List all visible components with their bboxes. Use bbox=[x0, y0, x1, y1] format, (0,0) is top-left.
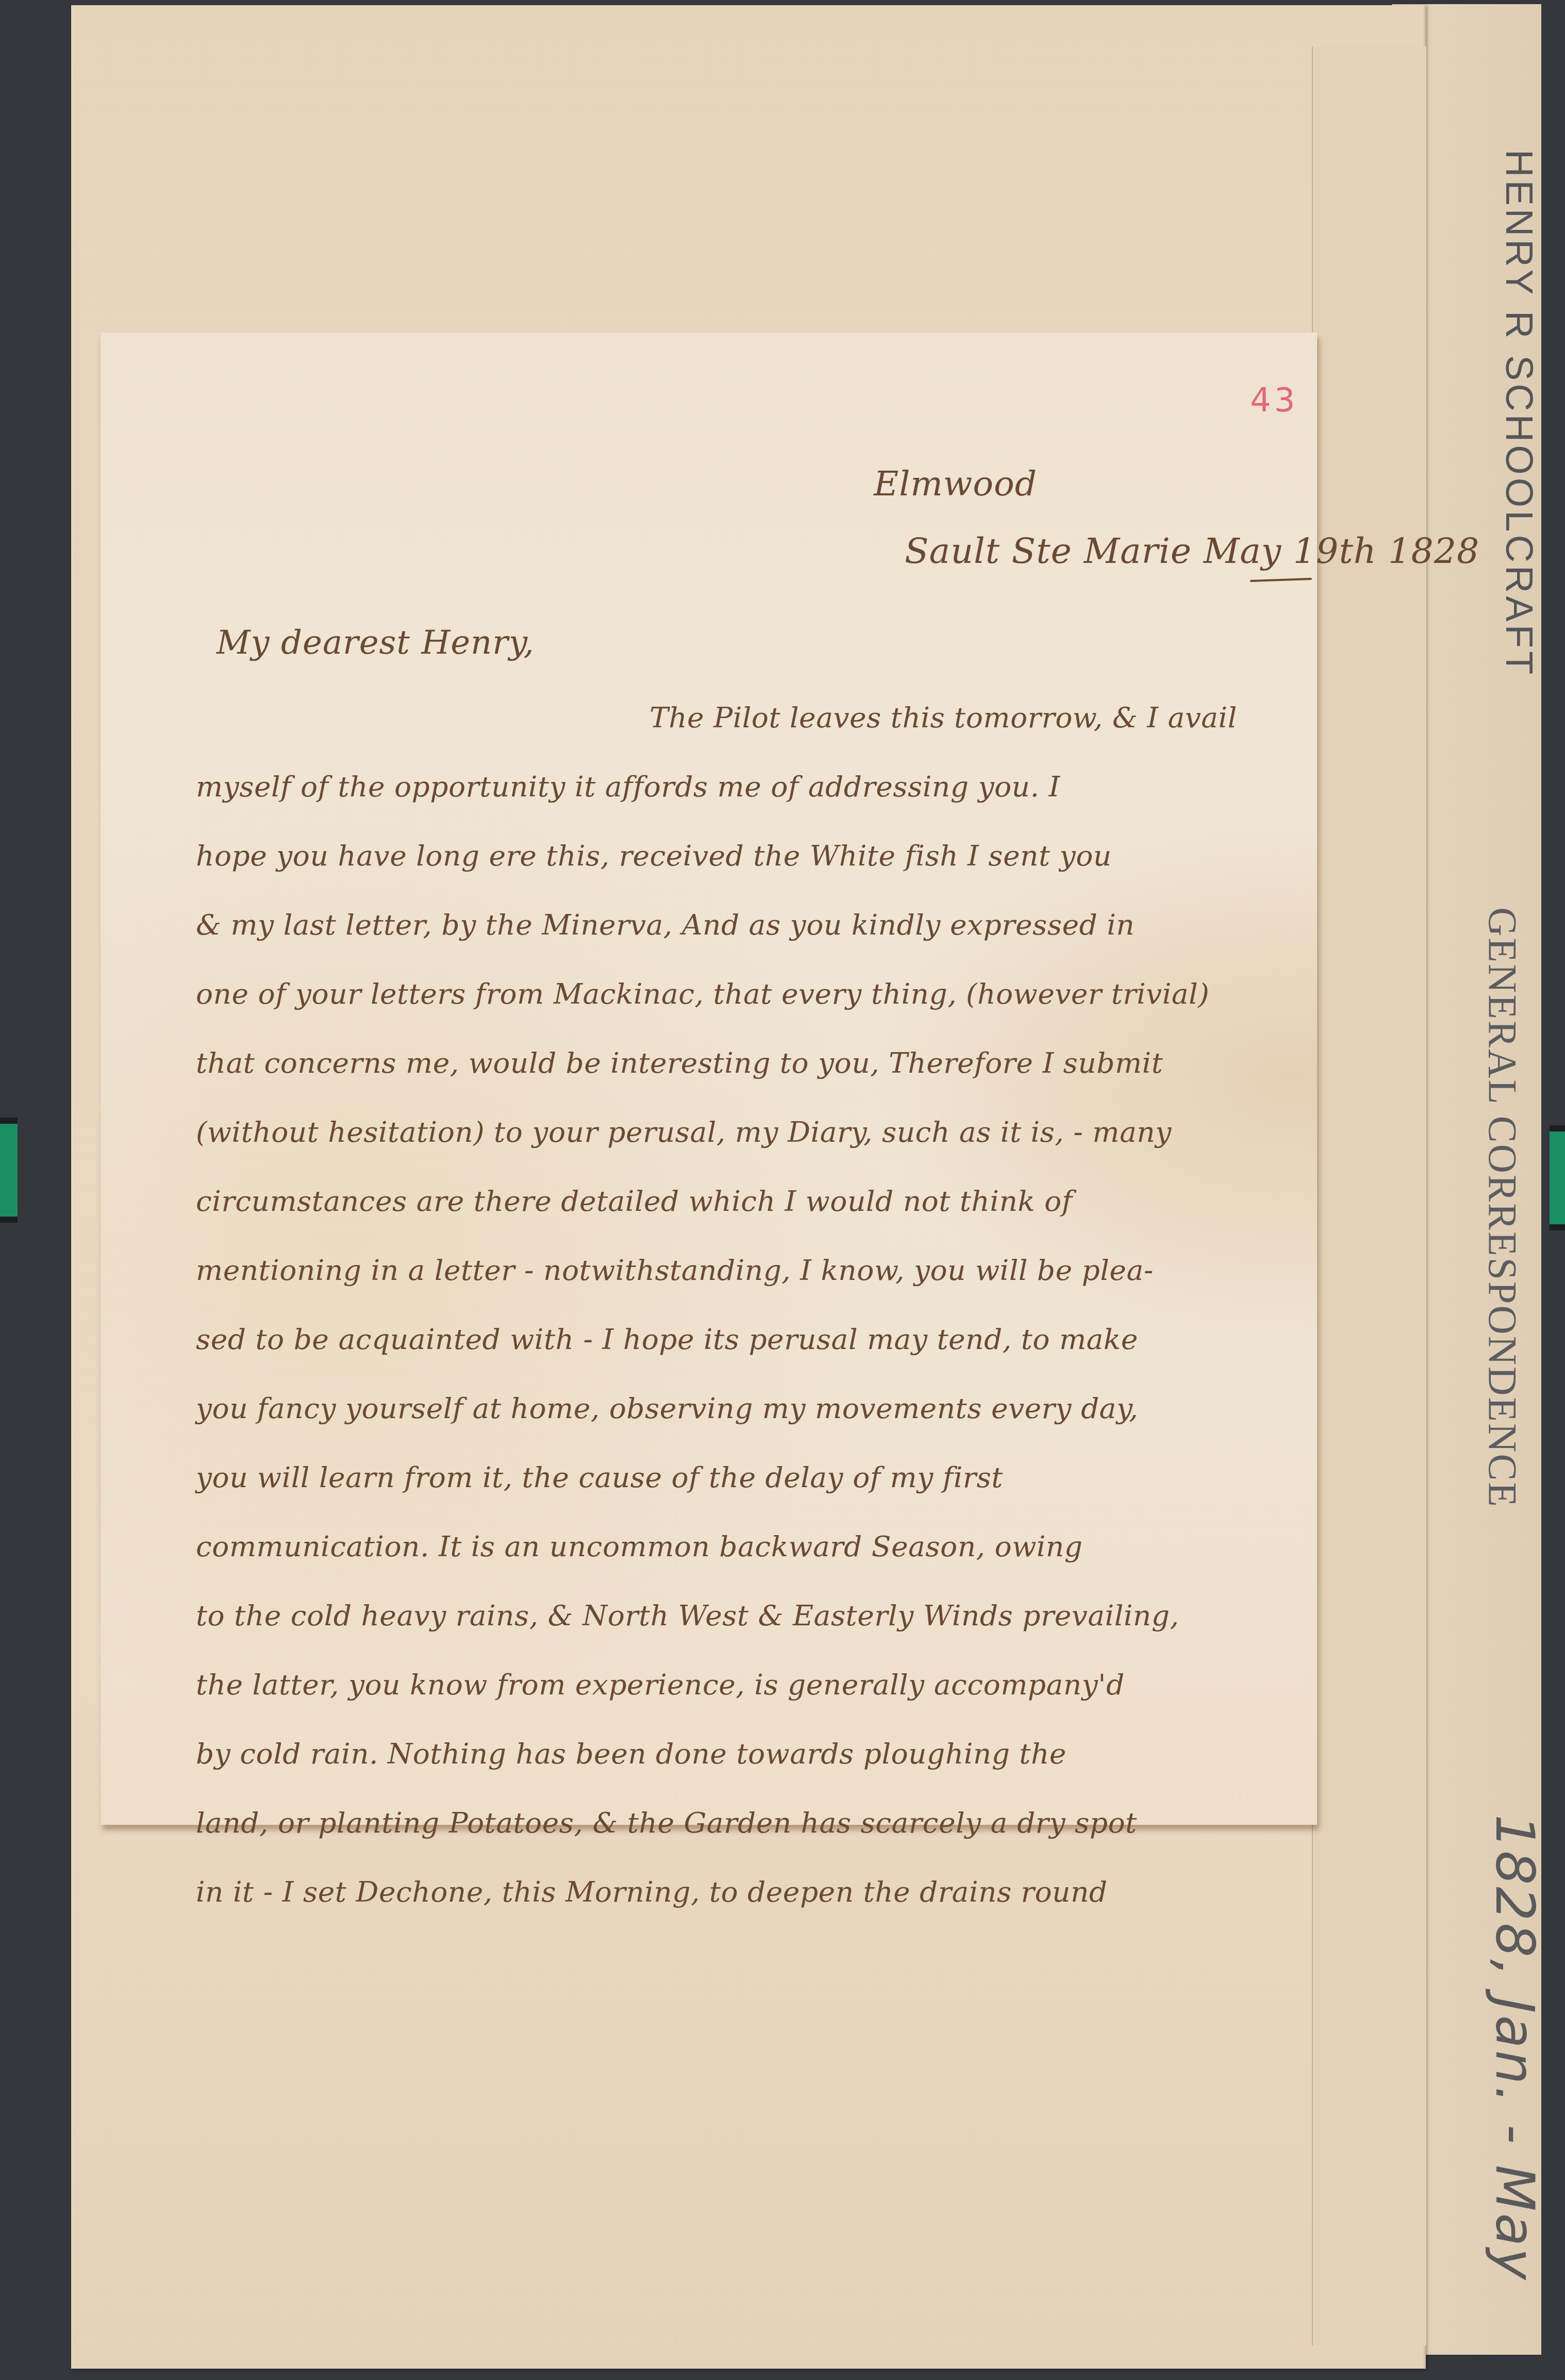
body-line: (without hesitation) to your perusal, my… bbox=[196, 1097, 1304, 1167]
body-line: sed to be acquainted with - I hope its p… bbox=[196, 1305, 1304, 1374]
body-line: to the cold heavy rains, & North West & … bbox=[196, 1581, 1304, 1650]
green-tab-right bbox=[1550, 1131, 1565, 1224]
dateline-underline bbox=[1250, 578, 1312, 582]
letter-sheet: 43 Elmwood Sault Ste Marie May 19th 1828… bbox=[101, 332, 1317, 1825]
letter-dateline: Sault Ste Marie May 19th 1828 bbox=[905, 531, 1479, 572]
body-line: hope you have long ere this, received th… bbox=[196, 821, 1304, 890]
body-line: land, or planting Potatoes, & the Garden… bbox=[196, 1788, 1304, 1857]
green-tab-right-band-top bbox=[1550, 1125, 1565, 1131]
green-tab-right-band-bottom bbox=[1550, 1224, 1565, 1230]
letter-place: Elmwood bbox=[874, 464, 1037, 504]
body-line: The Pilot leaves this tomorrow, & I avai… bbox=[196, 683, 1304, 752]
body-line: communication. It is an uncommon backwar… bbox=[196, 1512, 1304, 1581]
pencil-date-range: 1828, Jan. - May bbox=[1484, 1815, 1546, 2282]
letter-body: The Pilot leaves this tomorrow, & I avai… bbox=[196, 683, 1304, 1926]
folio-number: 43 bbox=[1250, 381, 1298, 420]
body-line: the latter, you know from experience, is… bbox=[196, 1650, 1304, 1719]
green-tab-left-band-top bbox=[0, 1118, 18, 1124]
body-line: you fancy yourself at home, observing my… bbox=[196, 1374, 1304, 1443]
collection-stamp: HENRY R SCHOOLCRAFT bbox=[1497, 149, 1541, 677]
body-line: mentioning in a letter - notwithstanding… bbox=[196, 1236, 1304, 1305]
body-line: circumstances are there detailed which I… bbox=[196, 1167, 1304, 1236]
body-line: myself of the opportunity it affords me … bbox=[196, 752, 1304, 821]
body-line: one of your letters from Mackinac, that … bbox=[196, 959, 1304, 1028]
green-tab-left-band-bottom bbox=[0, 1217, 18, 1223]
body-line: you will learn from it, the cause of the… bbox=[196, 1443, 1304, 1512]
body-line: & my last letter, by the Minerva, And as… bbox=[196, 890, 1304, 959]
body-line: in it - I set Dechone, this Morning, to … bbox=[196, 1857, 1304, 1926]
body-line: by cold rain. Nothing has been done towa… bbox=[196, 1719, 1304, 1788]
green-tab-left bbox=[0, 1124, 18, 1217]
series-stamp: GENERAL CORRESPONDENCE bbox=[1479, 907, 1526, 1508]
letter-salutation: My dearest Henry, bbox=[217, 624, 535, 662]
body-line: that concerns me, would be interesting t… bbox=[196, 1028, 1304, 1097]
folder-under-sheet bbox=[1312, 46, 1426, 2345]
